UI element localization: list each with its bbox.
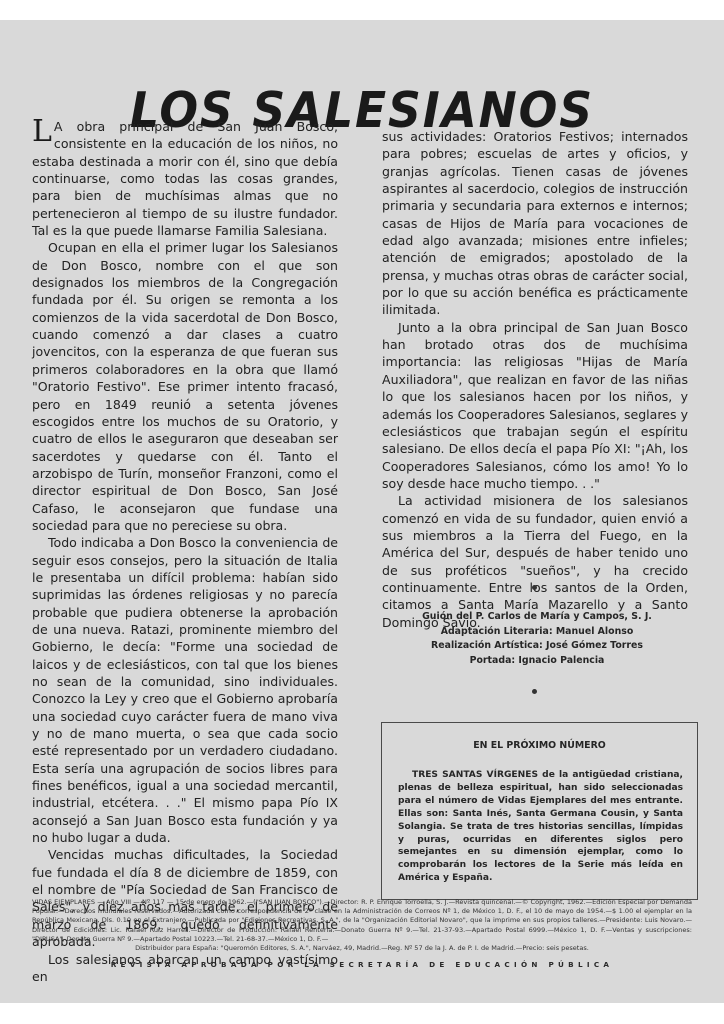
article-paragraph: Ocupan en ella el primer lugar los Sales…: [32, 239, 338, 534]
approval-notice: REVISTA APROBADA POR LA SECRETARÍA DE ED…: [0, 960, 724, 969]
next-issue-text: TRES SANTAS VÍRGENES de la antigüedad cr…: [398, 769, 683, 885]
credit-script: Guión del P. Carlos de María y Campos, S…: [392, 610, 682, 625]
article-paragraph: Junto a la obra principal de San Juan Bo…: [382, 319, 688, 492]
next-issue-lead: TRES SANTAS VÍRGENES: [398, 770, 538, 780]
imprint-footer: VIDAS EJEMPLARES — Año VIII — Nº 117 — 1…: [32, 898, 692, 953]
next-issue-heading: EN EL PRÓXIMO NÚMERO: [382, 740, 697, 751]
next-issue-box: EN EL PRÓXIMO NÚMERO TRES SANTAS VÍRGENE…: [381, 722, 698, 900]
article-left-column: LA obra principal de San Juan Bosco, con…: [32, 118, 338, 985]
drop-cap: L: [32, 119, 52, 145]
distributor-text: Distribuidor para España: "Queromón Edit…: [32, 944, 692, 953]
credits-block: Guión del P. Carlos de María y Campos, S…: [392, 610, 682, 668]
imprint-text: VIDAS EJEMPLARES — Año VIII — Nº 117 — 1…: [32, 898, 692, 944]
magazine-page: LOS SALESIANOS LA obra principal de San …: [0, 20, 724, 1003]
article-paragraph: sus actividades: Oratorios Festivos; int…: [382, 128, 688, 319]
separator-bullet-icon: [532, 689, 537, 694]
credit-adaptation: Adaptación Literaria: Manuel Alonso: [392, 625, 682, 640]
credit-cover: Portada: Ignacio Palencia: [392, 654, 682, 669]
next-issue-body: de la antigüedad cristiana, plenas de be…: [398, 770, 683, 883]
article-paragraph: Todo indicaba a Don Bosco la convenienci…: [32, 534, 338, 846]
credit-artwork: Realización Artística: José Gómez Torres: [392, 639, 682, 654]
article-right-column: sus actividades: Oratorios Festivos; int…: [382, 128, 688, 631]
separator-bullet-icon: [532, 585, 537, 590]
article-paragraph: LA obra principal de San Juan Bosco, con…: [32, 118, 338, 239]
